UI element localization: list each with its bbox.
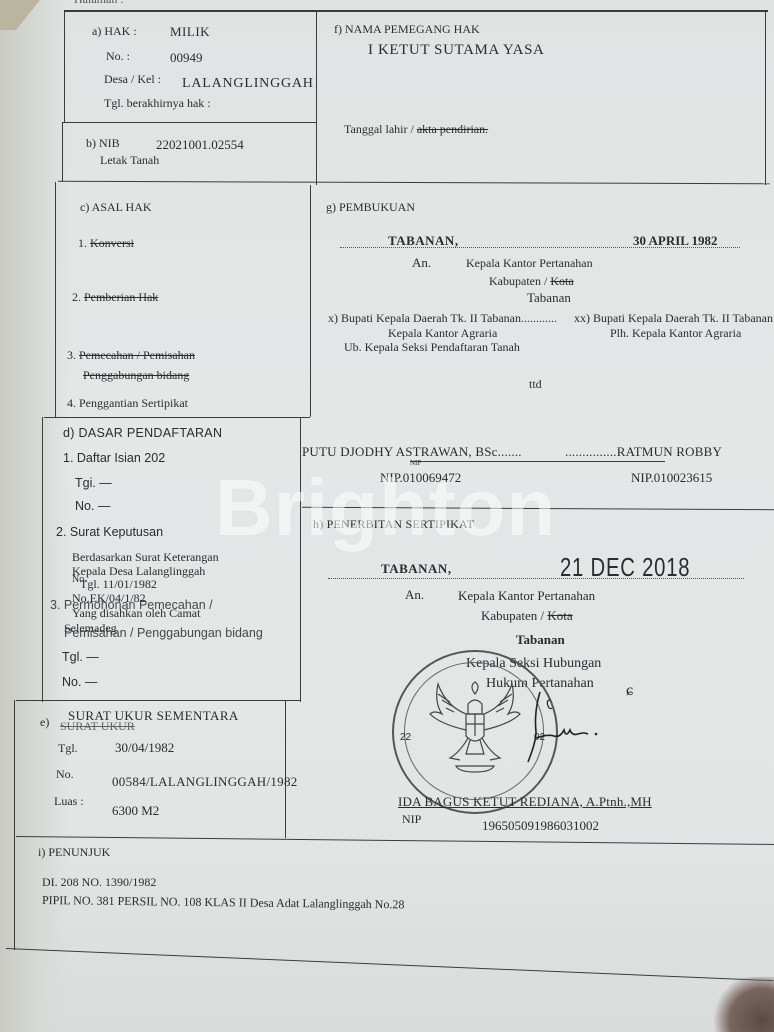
permohonan-tgl: Tgl. —	[62, 650, 99, 664]
nib-value: 22021001.02554	[156, 137, 244, 153]
divider-d-e	[16, 700, 300, 701]
daftar-isian-item: 1. Daftar Isian 202	[63, 451, 165, 465]
frame-left-border-b	[62, 122, 63, 182]
tanggal-lahir-text: Tanggal lahir /	[344, 122, 417, 136]
penerbitan-city: Tabanan	[516, 632, 565, 648]
frame-middle-divider-b	[310, 185, 311, 417]
surat-ukur-luas-value: 6300 M2	[112, 803, 159, 819]
daftar-isian-no: No. —	[75, 499, 110, 513]
seal-number-left: 22	[400, 732, 411, 743]
pemegang-hak-name: I KETUT SUTAMA YASA	[368, 42, 544, 59]
ub-kepala-seksi: Ub. Kepala Seksi Pendaftaran Tanah	[344, 340, 520, 355]
hak-value: MILIK	[170, 24, 210, 40]
frame-left-border-e	[14, 700, 15, 950]
pembukuan-signer-right: ...............RATMUN ROBBY	[565, 444, 722, 460]
desa-label: Desa / Kel :	[104, 72, 161, 87]
frame-right-border	[765, 10, 766, 185]
surat-ukur-tgl-label: Tgl.	[58, 741, 78, 756]
penerbitan-nip-label: NIP	[402, 812, 421, 827]
letak-tanah-label: Letak Tanah	[100, 153, 159, 168]
garuda-emblem-icon	[422, 674, 528, 786]
asal-hak-item-3: 3. Pemecahan / Pemisahan	[67, 348, 195, 363]
hak-no-label: No. :	[106, 49, 130, 64]
surat-ukur-prefix: e)	[40, 715, 49, 730]
desa-value: LALANGLINGGAH	[182, 76, 314, 92]
dasar-note-1: Berdasarkan Surat Keterangan	[72, 550, 219, 565]
asal-hak-item-3b: Penggabungan bidang	[83, 368, 189, 383]
pembukuan-label: g) PEMBUKUAN	[326, 200, 415, 215]
frame-middle-divider-d	[285, 700, 286, 838]
frame-left-border-a	[64, 10, 65, 122]
pembukuan-x-right: xx) Bupati Kepala Daerah Tk. II Tabanan	[574, 311, 773, 326]
nib-label: b) NIB	[86, 136, 120, 151]
tanggal-lahir-label: Tanggal lahir / akta pendirian.	[344, 122, 488, 137]
frame-middle-divider-a	[316, 10, 317, 185]
brighton-watermark: Brighton	[215, 462, 556, 554]
penerbitan-place: TABANAN,	[381, 561, 452, 577]
pembukuan-date: 30 APRIL 1982	[633, 233, 718, 249]
akta-pendirian-struck: akta pendirian.	[417, 122, 488, 136]
pembukuan-kabupaten: Kabupaten / Kota	[489, 274, 574, 289]
page-number-label: Halaman :	[74, 0, 124, 7]
asal-hak-label: c) ASAL HAK	[80, 200, 152, 215]
divider-c-d	[44, 417, 310, 418]
penerbitan-office: Kepala Kantor Pertanahan	[458, 588, 595, 604]
pembukuan-city: Tabanan	[527, 290, 571, 306]
dasar-pendaftaran-label: d) DASAR PENDAFTARAN	[63, 426, 222, 440]
pembukuan-an: An.	[412, 255, 431, 271]
surat-ukur-luas-label: Luas :	[54, 794, 84, 809]
surat-ukur-struck: SURAT UKUR	[60, 719, 135, 734]
penunjuk-label: i) PENUNJUK	[38, 845, 110, 860]
dasar-note-3: Tgl. 11/01/1982	[80, 577, 157, 592]
penerbitan-an: An.	[405, 587, 424, 603]
penerbitan-nip-value: 196505091986031002	[482, 818, 599, 834]
asal-hak-item-2: 2. Pemberian Hak	[72, 290, 158, 305]
signature-mark: ɕ	[626, 682, 633, 700]
pembukuan-office: Kepala Kantor Pertanahan	[466, 256, 593, 271]
pembukuan-x-left: x) Bupati Kepala Daerah Tk. II Tabanan..…	[328, 311, 557, 326]
surat-ukur-tgl-value: 30/04/1982	[115, 740, 174, 756]
finger-in-photo	[714, 977, 774, 1032]
surat-keputusan-item: 2. Surat Keputusan	[56, 525, 163, 539]
permohonan-item-b: Pemisahan / Penggabungan bidang	[64, 626, 263, 640]
pembukuan-place: TABANAN,	[388, 233, 459, 249]
pemegang-hak-label: f) NAMA PEMEGANG HAK	[334, 22, 480, 37]
penerbitan-date-stamp: 21 DEC 2018	[560, 552, 690, 583]
divider-a-b	[62, 122, 316, 123]
asal-hak-item-1: 1. Konversi	[78, 236, 134, 251]
hak-label: a) HAK :	[92, 24, 137, 39]
tgl-berakhir-label: Tgl. berakhirnya hak :	[104, 96, 211, 111]
daftar-isian-tgl: Tgi. —	[75, 476, 112, 490]
frame-middle-divider-c	[300, 417, 301, 702]
asal-hak-item-4: 4. Penggantian Sertipikat	[67, 396, 188, 411]
hak-no-value: 00949	[170, 50, 203, 66]
frame-top-border	[64, 10, 768, 12]
surat-ukur-no-value: 00584/LALANGLINGGAH/1982	[112, 774, 298, 790]
penerbitan-signer: IDA BAGUS KETUT REDIANA, A.Ptnh.,MH	[398, 794, 652, 810]
penerbitan-kabupaten: Kabupaten / Kota	[481, 608, 573, 624]
plh-kepala-kantor: Plh. Kepala Kantor Agraria	[610, 326, 741, 341]
permohonan-item: 3. Permohonan Pemecahan /	[50, 598, 213, 612]
frame-left-border-c	[55, 182, 56, 417]
signature-scribble	[520, 690, 620, 770]
frame-left-border-d	[42, 417, 43, 702]
penunjuk-line-1: DI. 208 NO. 1390/1982	[42, 875, 156, 890]
permohonan-no: No. —	[62, 675, 97, 689]
kepala-kantor-agraria: Kepala Kantor Agraria	[388, 326, 497, 341]
pembukuan-signer-left: PUTU DJODHY ASTRAWAN, BSc.......	[302, 444, 522, 460]
pembukuan-nip-right: NIP.010023615	[631, 470, 712, 486]
ttd-label: ttd	[529, 377, 542, 392]
surat-ukur-no-label: No.	[56, 767, 74, 782]
